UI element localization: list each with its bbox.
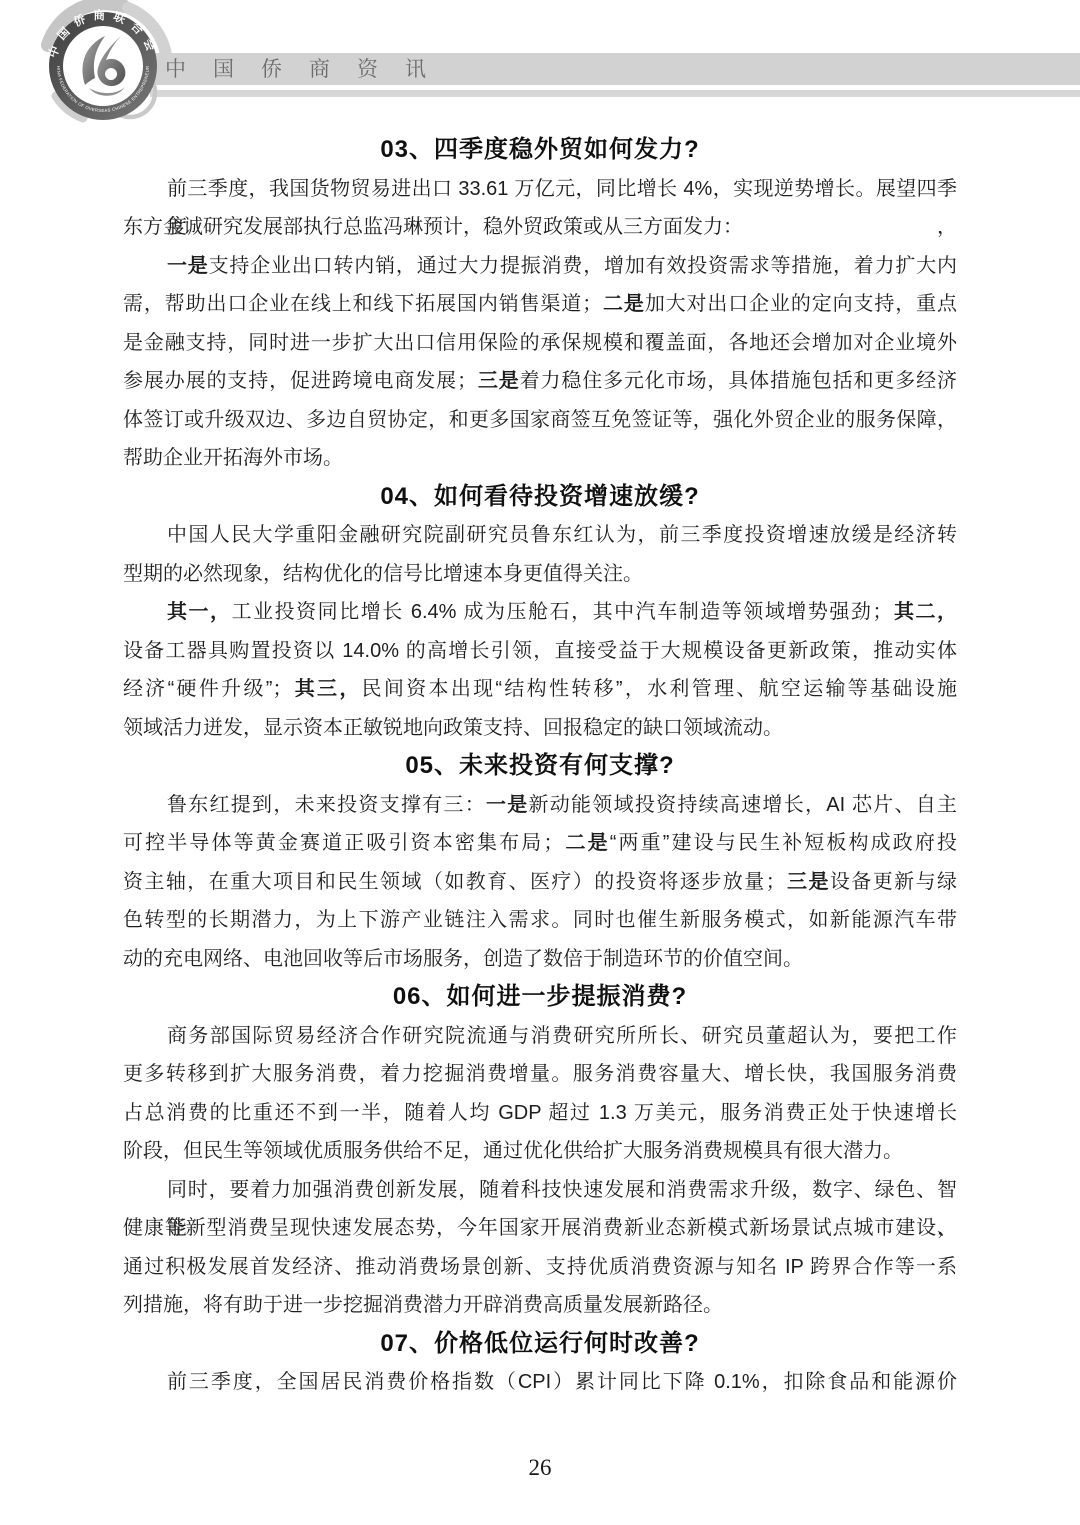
document-page: 中国侨商资讯 中国侨商联合	[0, 0, 1080, 1525]
text-line: 通过积极发展首发经济、推动消费场景创新、支持优质消费资源与知名 IP 跨界合作等…	[123, 1248, 957, 1287]
text-segment: 中国人民大学重阳金融研究院副研究员鲁东红认为，前三季度投资增速放缓是经济转	[167, 524, 957, 546]
text-segment: 资主轴，在重大项目和民生领域（如教育、医疗）的投资将逐步放量；	[123, 871, 786, 893]
text-segment: 着力稳住多元化市场，具体措施包括和更多经济	[520, 370, 957, 392]
text-line: 领域活力迸发，显示资本正敏锐地向政策支持、回报稳定的缺口领域流动。	[123, 709, 957, 748]
text-segment: 通过积极发展首发经济、推动消费场景创新、支持优质消费资源与知名 IP 跨界合作等…	[123, 1256, 957, 1278]
bold-text-segment: 二是	[563, 832, 609, 854]
text-line: 型期的必然现象，结构优化的信号比增速本身更值得关注。	[123, 555, 957, 594]
bold-text-segment: 二是	[602, 293, 645, 315]
text-segment: 体签订或升级双边、多边自贸协定，和更多国家商签互免签证等，强化外贸企业的服务保障…	[123, 409, 957, 431]
text-segment: “两重”建设与民生补短板构成政府投	[610, 832, 957, 854]
text-line: 色转型的长期潜力，为上下游产业链注入需求。同时也催生新服务模式，如新能源汽车带	[123, 901, 957, 940]
text-line: 参展办展的支持，促进跨境电商发展；三是着力稳住多元化市场，具体措施包括和更多经济	[123, 362, 957, 401]
text-segment: 04、如何看待投资增速放缓?	[380, 483, 699, 510]
text-line: 阶段，但民生等领域优质服务供给不足，通过优化供给扩大服务消费规模具有很大潜力。	[123, 1132, 957, 1171]
text-line: 帮助企业开拓海外市场。	[123, 439, 957, 478]
text-segment: 色转型的长期潜力，为上下游产业链注入需求。同时也催生新服务模式，如新能源汽车带	[123, 909, 957, 931]
text-segment: 参展办展的支持，促进跨境电商发展；	[123, 370, 477, 392]
text-segment: 领域活力迸发，显示资本正敏锐地向政策支持、回报稳定的缺口领域流动。	[123, 717, 783, 739]
header-band-thin	[150, 90, 1080, 97]
bold-text-segment: 三是	[786, 871, 830, 893]
text-line: 设备工器具购置投资以 14.0% 的高增长引领，直接受益于大规模设备更新政策，推…	[123, 632, 957, 671]
text-line: 中国人民大学重阳金融研究院副研究员鲁东红认为，前三季度投资增速放缓是经济转	[123, 516, 957, 555]
text-segment: 前三季度，全国居民消费价格指数（CPI）累计同比下降 0.1%，扣除食品和能源价	[167, 1371, 957, 1393]
text-segment: 设备工器具购置投资以 14.0% 的高增长引领，直接受益于大规模设备更新政策，推…	[123, 640, 957, 662]
text-line: 鲁东红提到，未来投资支撑有三：一是新动能领域投资持续高速增长，AI 芯片、自主	[123, 786, 957, 825]
bold-text-segment: 三是	[477, 370, 520, 392]
text-line: 列措施，将有助于进一步挖掘消费潜力开辟消费高质量发展新路径。	[123, 1286, 957, 1325]
document-body: 03、四季度稳外贸如何发力?前三季度，我国货物贸易进出口 33.61 万亿元，同…	[123, 131, 957, 1402]
text-segment: 健康等新型消费呈现快速发展态势，今年国家开展消费新业态新模式新场景试点城市建设，	[123, 1217, 957, 1239]
text-line: 占总消费的比重还不到一半，随着人均 GDP 超过 1.3 万美元，服务消费正处于…	[123, 1094, 957, 1133]
text-segment: 更多转移到扩大服务消费，着力挖掘消费增量。服务消费容量大、增长快，我国服务消费	[123, 1063, 957, 1085]
text-line: 资主轴，在重大项目和民生领域（如教育、医疗）的投资将逐步放量；三是设备更新与绿	[123, 863, 957, 902]
text-line: 可控半导体等黄金赛道正吸引资本密集布局；二是“两重”建设与民生补短板构成政府投	[123, 824, 957, 863]
text-segment: 加大对出口企业的定向支持，重点	[645, 293, 957, 315]
text-segment: 是金融支持，同时进一步扩大出口信用保险的承保规模和覆盖面，各地还会增加对企业境外	[123, 332, 957, 354]
bold-text-segment: 其二，	[892, 601, 957, 623]
section-heading: 07、价格低位运行何时改善?	[123, 1325, 957, 1364]
text-line: 经济“硬件升级”；其三，民间资本出现“结构性转移”，水利管理、航空运输等基础设施	[123, 670, 957, 709]
text-segment: 可控半导体等黄金赛道正吸引资本密集布局；	[123, 832, 563, 854]
text-line: 一是支持企业出口转内销，通过大力提振消费，增加有效投资需求等措施，着力扩大内	[123, 247, 957, 286]
text-line: 健康等新型消费呈现快速发展态势，今年国家开展消费新业态新模式新场景试点城市建设，	[123, 1209, 957, 1248]
text-segment: 05、未来投资有何支撑?	[405, 752, 674, 779]
text-segment: 03、四季度稳外贸如何发力?	[380, 136, 699, 163]
cfoce-logo: 中国侨商联合会 CHINA FEDERATION OF OVERSEAS CHI…	[28, 0, 198, 140]
text-line: 其一，工业投资同比增长 6.4% 成为压舱石，其中汽车制造等领域增势强劲；其二，	[123, 593, 957, 632]
section-heading: 04、如何看待投资增速放缓?	[123, 478, 957, 517]
text-line: 同时，要着力加强消费创新发展，随着科技快速发展和消费需求升级，数字、绿色、智能、	[123, 1171, 957, 1210]
text-segment: 鲁东红提到，未来投资支撑有三：	[167, 794, 486, 816]
text-segment: 占总消费的比重还不到一半，随着人均 GDP 超过 1.3 万美元，服务消费正处于…	[123, 1102, 957, 1124]
text-segment: 商务部国际贸易经济合作研究院流通与消费研究所所长、研究员董超认为，要把工作	[167, 1025, 957, 1047]
text-line: 动的充电网络、电池回收等后市场服务，创造了数倍于制造环节的价值空间。	[123, 940, 957, 979]
text-segment: 民间资本出现“结构性转移”，水利管理、航空运输等基础设施	[362, 678, 957, 700]
text-segment: 工业投资同比增长 6.4% 成为压舱石，其中汽车制造等领域增势强劲；	[232, 601, 893, 623]
text-segment: 07、价格低位运行何时改善?	[380, 1330, 699, 1357]
text-line: 需，帮助出口企业在线上和线下拓展国内销售渠道；二是加大对出口企业的定向支持，重点	[123, 285, 957, 324]
text-segment: 东方金诚研究发展部执行总监冯琳预计，稳外贸政策或从三方面发力：	[123, 216, 743, 238]
text-segment: 阶段，但民生等领域优质服务供给不足，通过优化供给扩大服务消费规模具有很大潜力。	[123, 1140, 903, 1162]
text-segment: 经济“硬件升级”；	[123, 678, 292, 700]
text-segment: 动的充电网络、电池回收等后市场服务，创造了数倍于制造环节的价值空间。	[123, 948, 803, 970]
text-segment: 列措施，将有助于进一步挖掘消费潜力开辟消费高质量发展新路径。	[123, 1294, 723, 1316]
text-line: 更多转移到扩大服务消费，着力挖掘消费增量。服务消费容量大、增长快，我国服务消费	[123, 1055, 957, 1094]
bold-text-segment: 一是	[167, 255, 209, 277]
section-heading: 06、如何进一步提振消费?	[123, 978, 957, 1017]
bold-text-segment: 其一，	[167, 601, 232, 623]
text-line: 体签订或升级双边、多边自贸协定，和更多国家商签互免签证等，强化外贸企业的服务保障…	[123, 401, 957, 440]
header-title: 中国侨商资讯	[165, 53, 453, 85]
text-segment: 需，帮助出口企业在线上和线下拓展国内销售渠道；	[123, 293, 602, 315]
text-segment: 帮助企业开拓海外市场。	[123, 447, 343, 469]
text-line: 前三季度，全国居民消费价格指数（CPI）累计同比下降 0.1%，扣除食品和能源价	[123, 1363, 957, 1402]
text-segment: 新动能领域投资持续高速增长，AI 芯片、自主	[529, 794, 958, 816]
bold-text-segment: 一是	[486, 794, 529, 816]
section-heading: 05、未来投资有何支撑?	[123, 747, 957, 786]
text-segment: 支持企业出口转内销，通过大力提振消费，增加有效投资需求等措施，着力扩大内	[209, 255, 957, 277]
page-number: 26	[0, 1455, 1080, 1481]
text-segment: 06、如何进一步提振消费?	[393, 983, 687, 1010]
section-heading: 03、四季度稳外贸如何发力?	[123, 131, 957, 170]
text-line: 前三季度，我国货物贸易进出口 33.61 万亿元，同比增长 4%，实现逆势增长。…	[123, 170, 957, 209]
text-segment: 型期的必然现象，结构优化的信号比增速本身更值得关注。	[123, 563, 643, 585]
text-line: 是金融支持，同时进一步扩大出口信用保险的承保规模和覆盖面，各地还会增加对企业境外	[123, 324, 957, 363]
bold-text-segment: 其三，	[292, 678, 361, 700]
text-segment: 设备更新与绿	[830, 871, 957, 893]
text-line: 商务部国际贸易经济合作研究院流通与消费研究所所长、研究员董超认为，要把工作	[123, 1017, 957, 1056]
